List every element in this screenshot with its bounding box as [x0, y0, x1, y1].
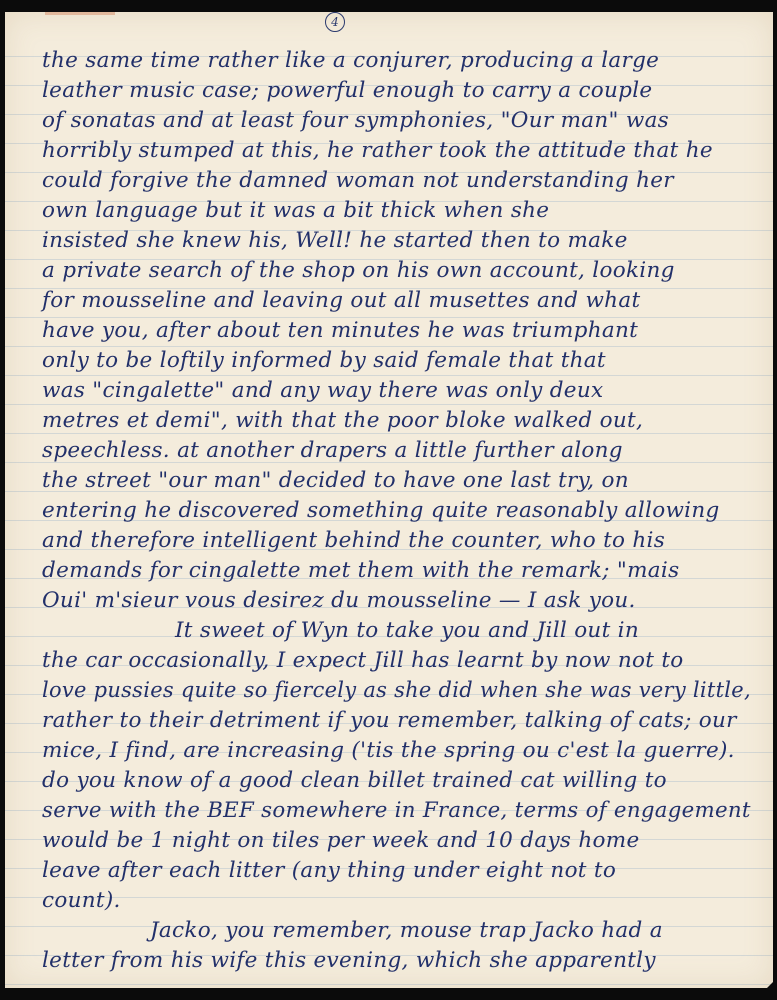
text-line: insisted she knew his, Well! he started …	[42, 228, 628, 258]
text-line: demands for cingalette met them with the…	[42, 558, 679, 588]
text-line-paragraph-start: It sweet of Wyn to take you and Jill out…	[175, 618, 639, 648]
torn-corner	[765, 980, 775, 990]
text-line: could forgive the damned woman not under…	[42, 168, 674, 198]
text-line: of sonatas and at least four symphonies,…	[42, 108, 669, 138]
text-line: entering he discovered something quite r…	[42, 498, 720, 528]
text-line: metres et demi", with that the poor blok…	[42, 408, 643, 438]
text-line: Oui' m'sieur vous desirez du mousseline …	[42, 588, 636, 618]
text-line: the same time rather like a conjurer, pr…	[42, 48, 659, 78]
text-line: rather to their detriment if you remembe…	[42, 708, 737, 738]
text-line: count).	[42, 888, 121, 918]
text-line: love pussies quite so fiercely as she di…	[42, 678, 751, 708]
text-line: mice, I find, are increasing ('tis the s…	[42, 738, 735, 768]
text-line: leather music case; powerful enough to c…	[42, 78, 652, 108]
text-line: the car occasionally, I expect Jill has …	[42, 648, 684, 678]
text-line: and therefore intelligent behind the cou…	[42, 528, 665, 558]
text-line: for mousseline and leaving out all muset…	[42, 288, 640, 318]
text-line: own language but it was a bit thick when…	[42, 198, 549, 228]
text-line: letter from his wife this evening, which…	[42, 948, 656, 978]
text-line: leave after each litter (any thing under…	[42, 858, 616, 888]
text-line: serve with the BEF somewhere in France, …	[42, 798, 751, 828]
text-line: the street "our man" decided to have one…	[42, 468, 629, 498]
paper-stain	[45, 12, 115, 15]
page-number-circled: 4	[325, 12, 345, 32]
text-line: was "cingalette" and any way there was o…	[42, 378, 603, 408]
text-line: horribly stumped at this, he rather took…	[42, 138, 713, 168]
text-line-paragraph-start: Jacko, you remember, mouse trap Jacko ha…	[150, 918, 663, 948]
text-line: would be 1 night on tiles per week and 1…	[42, 828, 639, 858]
text-line: speechless. at another drapers a little …	[42, 438, 623, 468]
letter-page: 4 the same time rather like a conjurer, …	[5, 12, 773, 988]
text-line: have you, after about ten minutes he was…	[42, 318, 638, 348]
text-line: only to be loftily informed by said fema…	[42, 348, 606, 378]
text-line: do you know of a good clean billet train…	[42, 768, 667, 798]
text-line: a private search of the shop on his own …	[42, 258, 675, 288]
